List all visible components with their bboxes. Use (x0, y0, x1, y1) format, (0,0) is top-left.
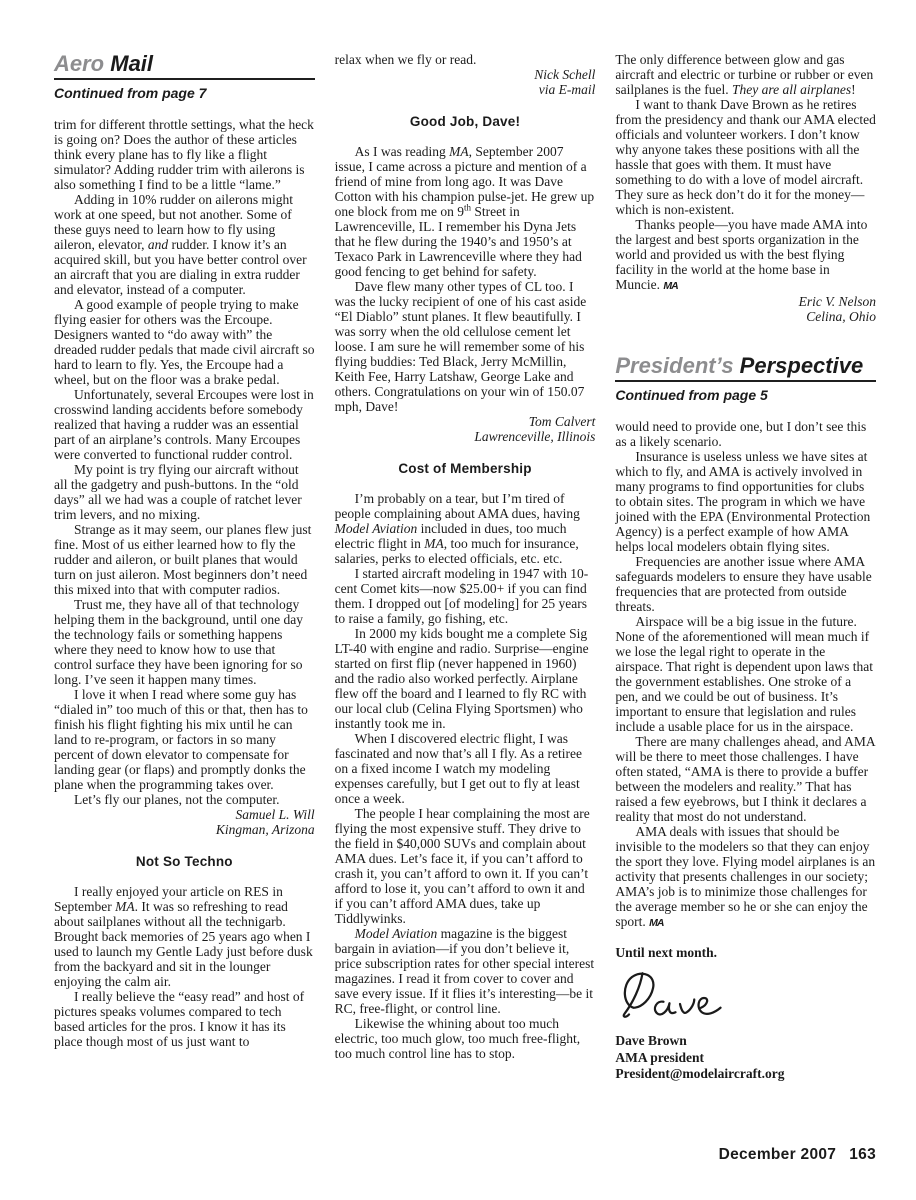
column-3: The only difference between glow and gas… (615, 52, 876, 1083)
ma-logo: MA (649, 917, 663, 929)
text-segment: When I discovered electric flight, I was… (335, 731, 582, 806)
signoff-line: Eric V. Nelson (615, 294, 876, 309)
paragraph: would need to provide one, but I don’t s… (615, 419, 876, 449)
letter-subheading: Good Job, Dave! (335, 114, 596, 129)
author-email: President@modelaircraft.org (615, 1066, 876, 1083)
paragraph: When I discovered electric flight, I was… (335, 731, 596, 806)
paragraph: A good example of people trying to make … (54, 297, 315, 387)
paragraph: In 2000 my kids bought me a complete Sig… (335, 626, 596, 731)
paragraph: AMA deals with issues that should be inv… (615, 824, 876, 931)
paragraph: I really enjoyed your article on RES in … (54, 884, 315, 989)
author-credit-line: Dave Brown (615, 1033, 876, 1050)
text-segment: Model Aviation (355, 926, 438, 941)
paragraph: trim for different throttle settings, wh… (54, 117, 315, 192)
text-segment: Trust me, they have all of that technolo… (54, 597, 303, 687)
presidents-perspective-header: President’s PerspectiveContinued from pa… (615, 354, 876, 403)
paragraph: Model Aviation magazine is the biggest b… (335, 926, 596, 1016)
paragraph: Unfortunately, several Ercoupes were los… (54, 387, 315, 462)
letter-signoff: Tom CalvertLawrenceville, Illinois (335, 414, 596, 444)
text-segment: ! (851, 82, 856, 97)
text-segment: relax when we fly or read. (335, 52, 477, 67)
paragraph: Adding in 10% rudder on ailerons might w… (54, 192, 315, 297)
text-segment: My point is try flying our aircraft with… (54, 462, 302, 522)
text-segment: The people I hear complaining the most a… (335, 806, 590, 926)
continued-from-note: Continued from page 7 (54, 86, 315, 101)
paragraph: I started aircraft modeling in 1947 with… (335, 566, 596, 626)
signoff-line: via E-mail (335, 82, 596, 97)
text-segment: MA (449, 144, 469, 159)
paragraph: Strange as it may seem, our planes flew … (54, 522, 315, 597)
text-segment: and (148, 237, 168, 252)
columns-container: Aero MailContinued from page 7trim for d… (0, 0, 916, 1083)
paragraph: Likewise the whining about too much elec… (335, 1016, 596, 1061)
paragraph: relax when we fly or read. (335, 52, 596, 67)
text-segment: Unfortunately, several Ercoupes were los… (54, 387, 314, 462)
paragraph: The people I hear complaining the most a… (335, 806, 596, 926)
paragraph: Dave flew many other types of CL too. I … (335, 279, 596, 414)
text-segment: Insurance is useless unless we have site… (615, 449, 870, 554)
text-segment: As I was reading (355, 144, 449, 159)
aero-mail-header: Aero MailContinued from page 7 (54, 52, 315, 101)
signoff-line: Nick Schell (335, 67, 596, 82)
text-segment: Airspace will be a big issue in the futu… (615, 614, 873, 734)
text-segment: I started aircraft modeling in 1947 with… (335, 566, 589, 626)
text-segment: MA (424, 536, 444, 551)
footer-issue-date: December 2007 (719, 1146, 837, 1163)
paragraph: Airspace will be a big issue in the futu… (615, 614, 876, 734)
text-segment: A good example of people trying to make … (54, 297, 315, 387)
text-segment: In 2000 my kids bought me a complete Sig… (335, 626, 589, 731)
text-segment: Thanks people—you have made AMA into the… (615, 217, 867, 292)
text-segment: Let’s fly our planes, not the computer. (74, 792, 279, 807)
signoff-line: Celina, Ohio (615, 309, 876, 324)
author-credit-block: Dave BrownAMA presidentPresident@modelai… (615, 1033, 876, 1083)
letter-signoff: Eric V. NelsonCelina, Ohio (615, 294, 876, 324)
column-1: Aero MailContinued from page 7trim for d… (54, 52, 315, 1083)
section-title-light: Aero (54, 51, 110, 76)
paragraph: I’m probably on a tear, but I’m tired of… (335, 491, 596, 566)
paragraph: I love it when I read where some guy has… (54, 687, 315, 792)
paragraph: Let’s fly our planes, not the computer. (54, 792, 315, 807)
paragraph: Frequencies are another issue where AMA … (615, 554, 876, 614)
magazine-page: Aero MailContinued from page 7trim for d… (0, 0, 916, 1200)
text-segment: would need to provide one, but I don’t s… (615, 419, 866, 449)
text-segment: AMA deals with issues that should be inv… (615, 824, 875, 929)
letter-signoff: Nick Schellvia E-mail (335, 67, 596, 97)
dave-signature-icon (617, 968, 722, 1028)
footer-page-number: 163 (849, 1146, 876, 1163)
continued-from-note: Continued from page 5 (615, 388, 876, 403)
text-segment: There are many challenges ahead, and AMA… (615, 734, 875, 824)
author-credit-line: AMA president (615, 1050, 876, 1067)
signoff-line: Tom Calvert (335, 414, 596, 429)
text-segment: trim for different throttle settings, wh… (54, 117, 314, 192)
paragraph: I want to thank Dave Brown as he retires… (615, 97, 876, 217)
letter-subheading: Not So Techno (54, 854, 315, 869)
paragraph: Thanks people—you have made AMA into the… (615, 217, 876, 294)
text-segment: I really believe the “easy read” and hos… (54, 989, 304, 1049)
text-segment: Strange as it may seem, our planes flew … (54, 522, 311, 597)
text-segment: I love it when I read where some guy has… (54, 687, 308, 792)
text-segment: Model Aviation (335, 521, 418, 536)
letter-subheading: Cost of Membership (335, 461, 596, 476)
section-title: Aero Mail (54, 52, 315, 80)
text-segment: Likewise the whining about too much elec… (335, 1016, 580, 1061)
text-segment: Dave flew many other types of CL too. I … (335, 279, 587, 414)
paragraph: Until next month. (615, 945, 876, 960)
text-segment: Frequencies are another issue where AMA … (615, 554, 871, 614)
column-2: relax when we fly or read.Nick Schellvia… (335, 52, 596, 1083)
paragraph: As I was reading MA, September 2007 issu… (335, 144, 596, 279)
ma-logo: MA (663, 280, 677, 292)
dave-signature (617, 968, 876, 1031)
text-segment: I’m probably on a tear, but I’m tired of… (335, 491, 580, 521)
signoff-line: Lawrenceville, Illinois (335, 429, 596, 444)
letter-signoff: Samuel L. WillKingman, Arizona (54, 807, 315, 837)
signoff-line: Kingman, Arizona (54, 822, 315, 837)
paragraph: The only difference between glow and gas… (615, 52, 876, 97)
section-title-bold: Perspective (740, 353, 864, 378)
text-segment: I want to thank Dave Brown as he retires… (615, 97, 876, 217)
paragraph: My point is try flying our aircraft with… (54, 462, 315, 522)
section-title: President’s Perspective (615, 354, 876, 382)
section-title-light: President’s (615, 353, 739, 378)
page-footer: December 2007163 (719, 1146, 876, 1164)
paragraph: There are many challenges ahead, and AMA… (615, 734, 876, 824)
paragraph: Insurance is useless unless we have site… (615, 449, 876, 554)
paragraph: Trust me, they have all of that technolo… (54, 597, 315, 687)
paragraph: I really believe the “easy read” and hos… (54, 989, 315, 1049)
text-segment: th (464, 203, 471, 213)
section-title-bold: Mail (110, 51, 153, 76)
signoff-line: Samuel L. Will (54, 807, 315, 822)
text-segment: MA (115, 899, 135, 914)
text-segment: They are all airplanes (732, 82, 851, 97)
